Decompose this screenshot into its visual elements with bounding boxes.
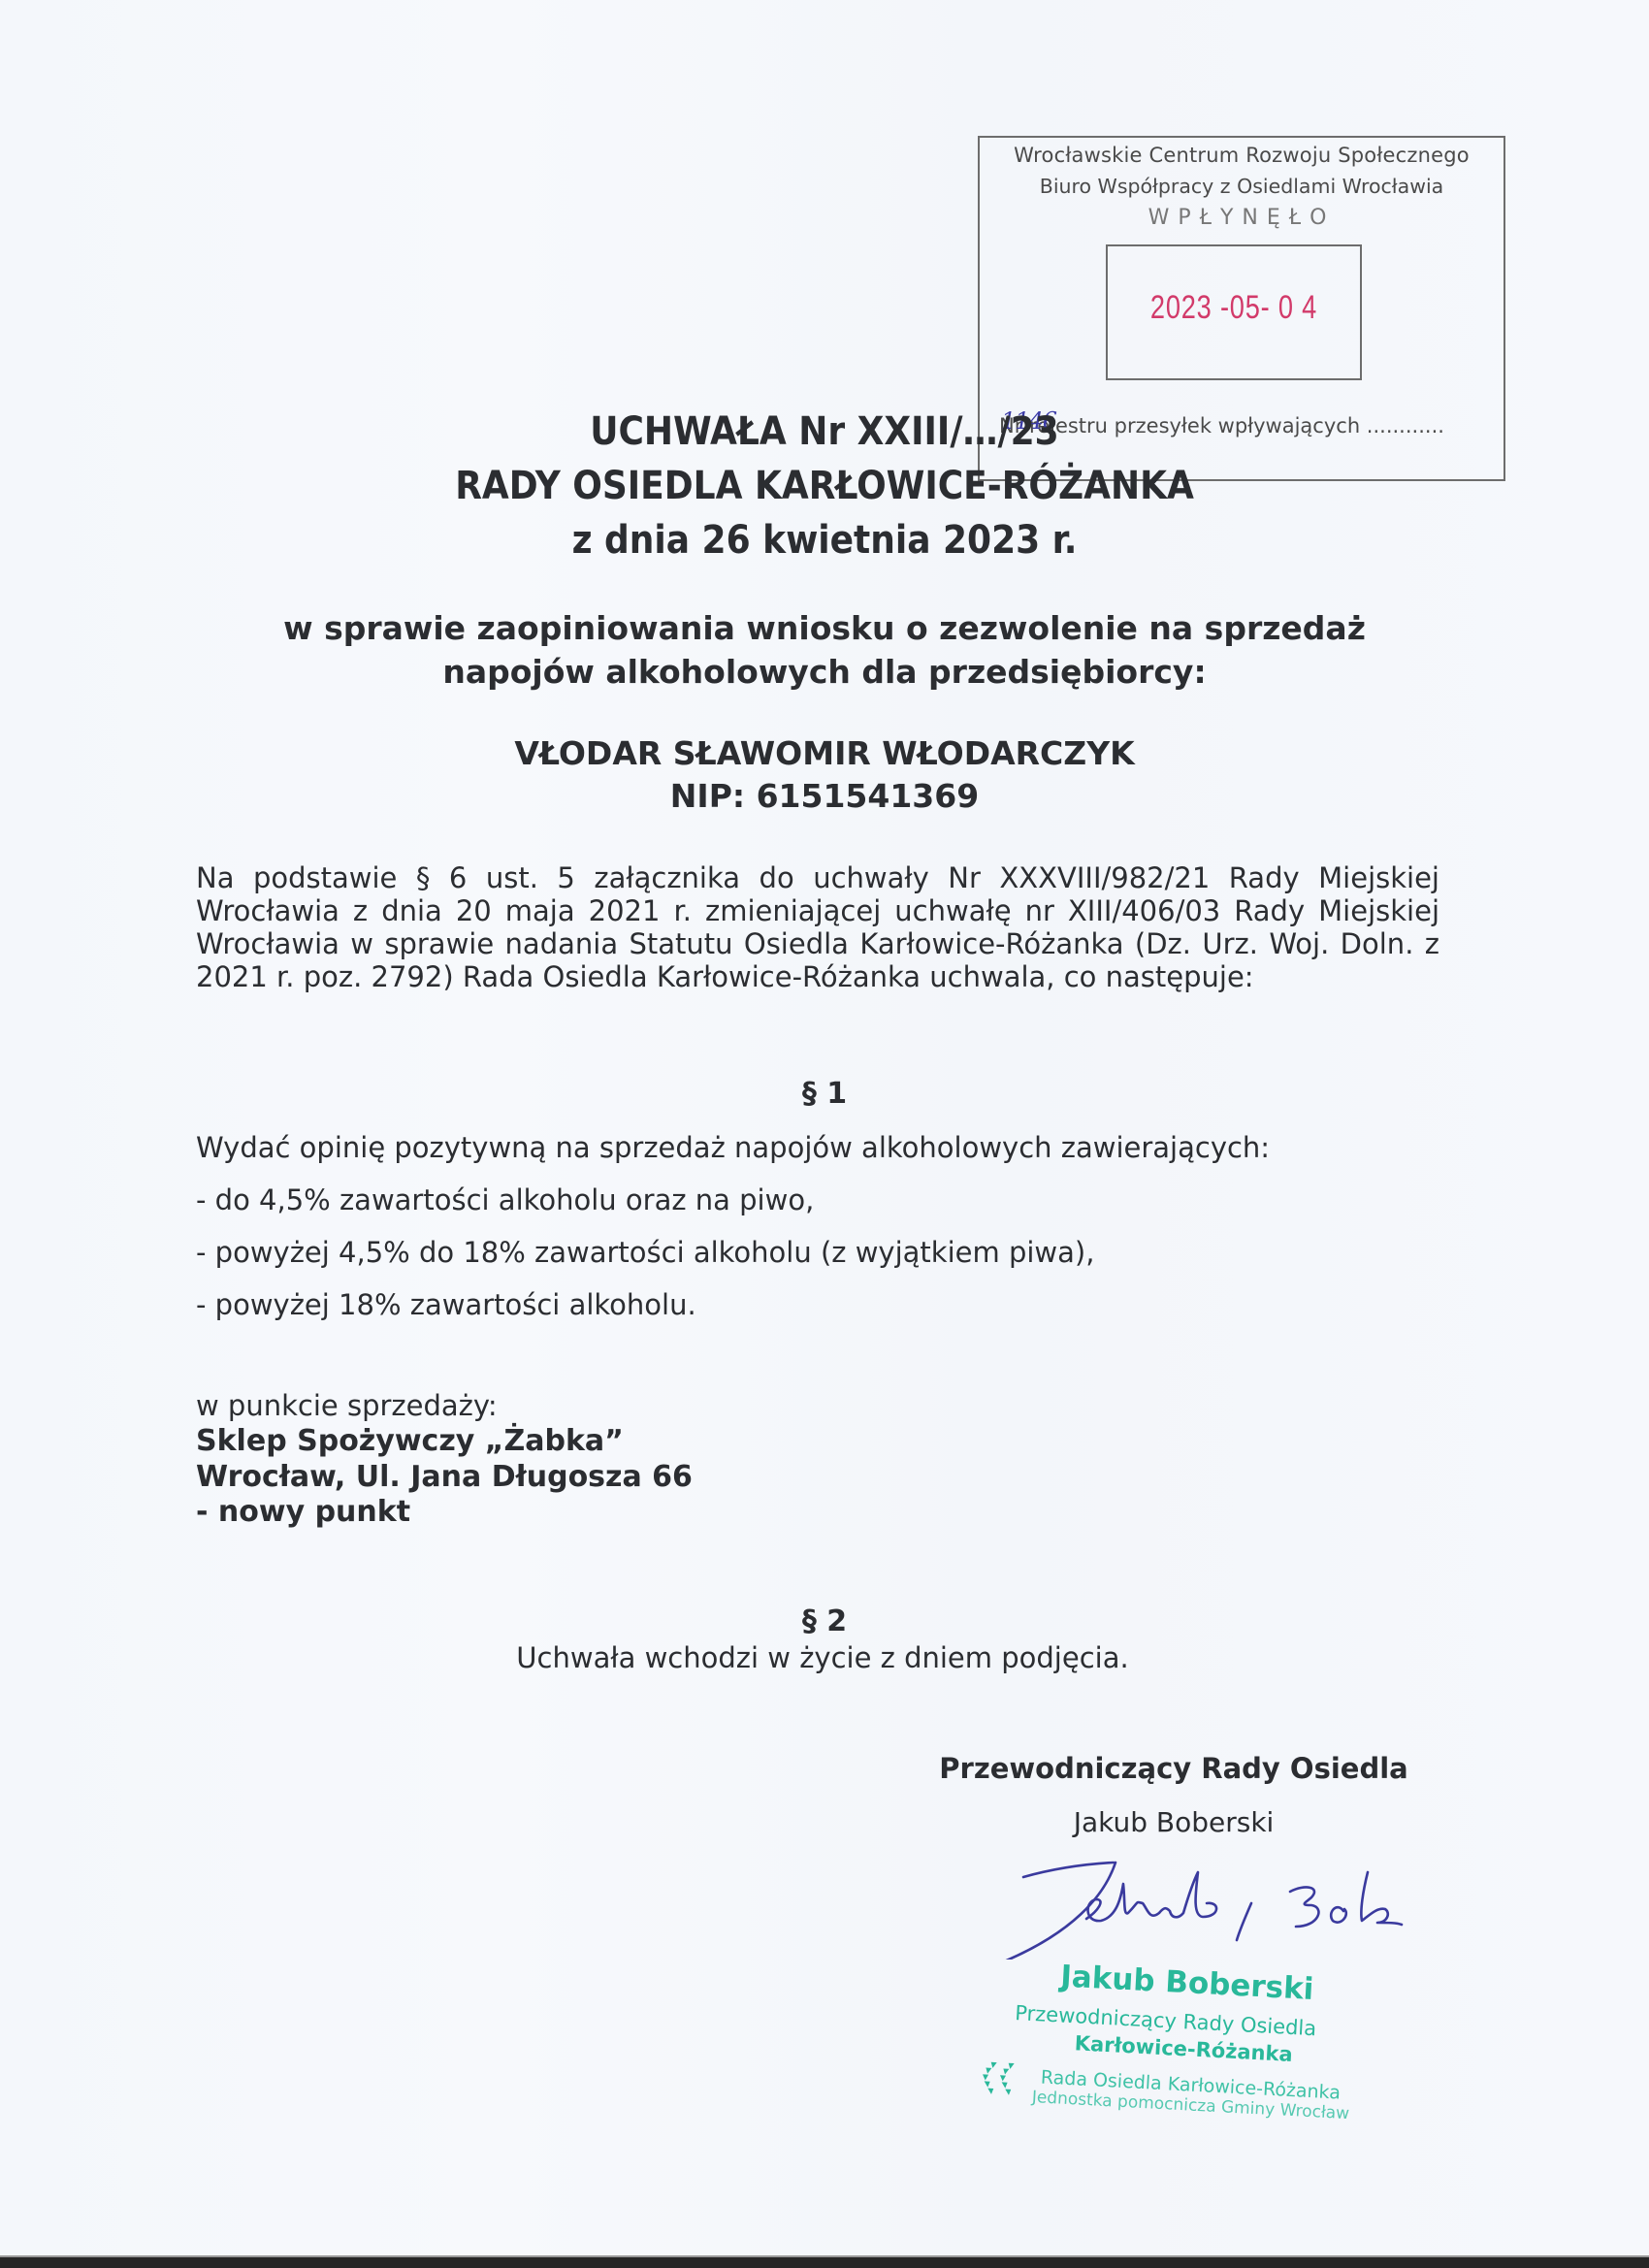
subject-line-2: napojów alkoholowych dla przedsiębiorcy: [0,650,1649,694]
stamp-department: Biuro Współpracy z Osiedlami Wrocławia [980,175,1503,198]
section-2-text: Uchwała wchodzi w życie z dniem podjęcia… [0,1641,1647,1674]
section-1-heading: § 1 [0,1077,1649,1111]
shop-note: - nowy punkt [196,1495,410,1529]
signatory-role: Przewodniczący Rady Osiedla [912,1752,1436,1785]
point-of-sale-label: w punkcie sprzedaży: [196,1389,498,1422]
official-stamp-role: Przewodniczący Rady Osiedla [1015,2001,1317,2040]
stamp-status: WPŁYNĘŁO [980,206,1503,230]
official-stamp: Jakub Boberski Przewodniczący Rady Osied… [968,1945,1386,2180]
official-stamp-name: Jakub Boberski [1059,1959,1314,2007]
preamble: Na podstawie § 6 ust. 5 załącznika do uc… [196,861,1439,993]
shop-name: Sklep Spożywczy „Żabka” [196,1424,624,1458]
signatory-name: Jakub Boberski [912,1806,1436,1838]
entrepreneur-name: VŁODAR SŁAWOMIR WŁODARCZYK [0,732,1649,775]
document-page: Wrocławskie Centrum Rozwoju Społecznego … [0,0,1649,2257]
stamp-received-date: 2023 -05- 0 4 [1133,289,1335,327]
list-item: - powyżej 4,5% do 18% zawartości alkohol… [196,1236,1094,1269]
resolution-date: z dnia 26 kwietnia 2023 r. [0,518,1649,563]
subject-line-1: w sprawie zaopiniowania wniosku o zezwol… [0,606,1649,650]
handwritten-signature-icon [970,1843,1416,1960]
section-1-intro: Wydać opinię pozytywną na sprzedaż napoj… [196,1131,1270,1164]
stamp-date-box: 2023 -05- 0 4 [1106,244,1362,380]
stamp-organization: Wrocławskie Centrum Rozwoju Społecznego [980,144,1503,167]
council-name: RADY OSIEDLA KARŁOWICE-RÓŻANKA [0,464,1649,508]
resolution-title: UCHWAŁA Nr XXIII/…/23 [0,409,1649,454]
section-2-heading: § 2 [0,1604,1649,1638]
entrepreneur-nip: NIP: 6151541369 [0,775,1649,818]
shop-address: Wrocław, Ul. Jana Długosza 66 [196,1460,693,1494]
council-logo-icon [980,2059,1024,2100]
list-item: - do 4,5% zawartości alkoholu oraz na pi… [196,1183,814,1216]
list-item: - powyżej 18% zawartości alkoholu. [196,1288,696,1321]
scanner-edge [0,2257,1649,2268]
